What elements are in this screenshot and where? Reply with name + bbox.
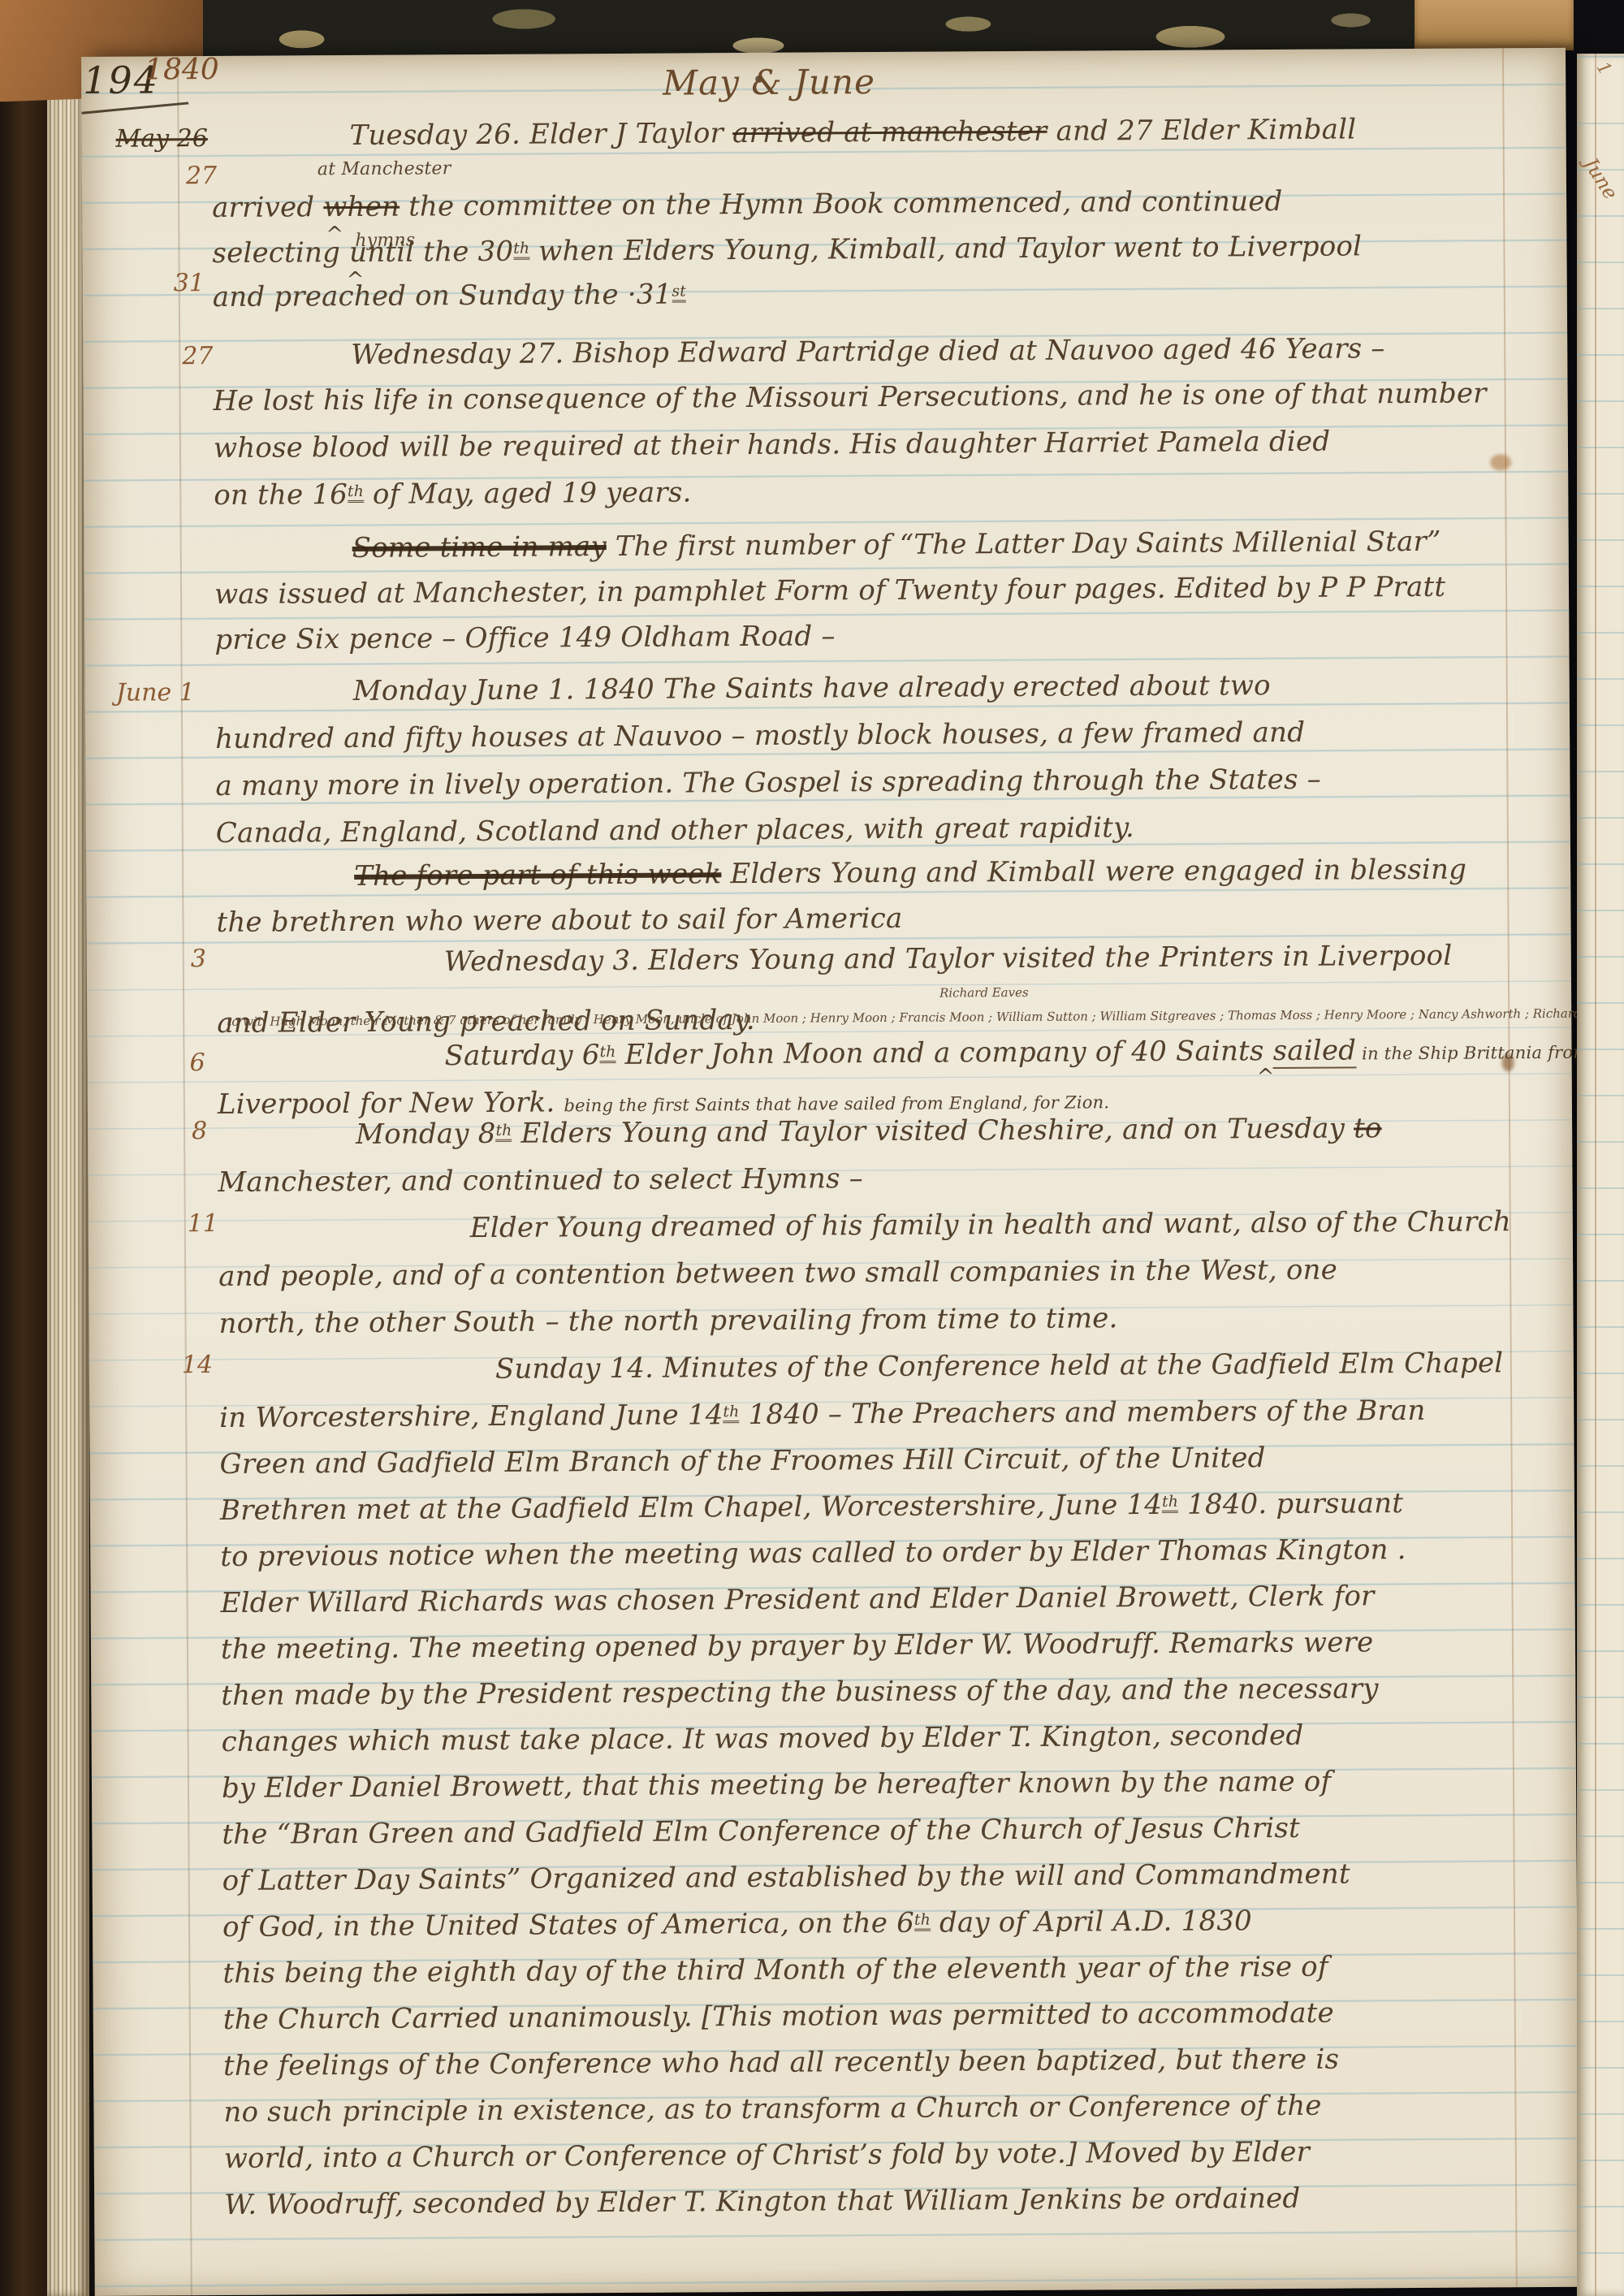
journal-line: Brethren met at the Gadfield Elm Chapel,… <box>220 1486 1403 1528</box>
line-segment: day of April A.D. 1830 <box>931 1905 1252 1939</box>
line-segment: when <box>323 191 400 224</box>
journal-page: 194 1840 May & June Tuesday 26. Elder J … <box>81 48 1579 2296</box>
journal-line: of God, in the United States of America,… <box>222 1904 1252 1944</box>
journal-line: The fore part of this week Elders Young … <box>354 853 1466 893</box>
journal-line: of Latter Day Saints” Organized and esta… <box>222 1857 1350 1897</box>
line-segment: Elder Willard Richards was chosen Presid… <box>221 1580 1375 1619</box>
line-segment: th <box>723 1403 739 1423</box>
line-segment: Monday June 1. 1840 The Saints have alre… <box>353 669 1271 707</box>
line-segment: selecting until the 30 <box>212 236 513 270</box>
journal-line: world, into a Church or Conference of Ch… <box>224 2135 1310 2176</box>
line-segment: a many more in lively operation. The Gos… <box>215 763 1321 802</box>
margin-date: 27 <box>186 162 217 190</box>
line-segment: 1840 – The Preachers and members of the … <box>739 1394 1425 1431</box>
line-segment: changes which must take place. It was mo… <box>222 1719 1304 1758</box>
margin-date: 27 <box>182 342 213 370</box>
line-segment: by Elder Daniel Browett, that this meeti… <box>222 1766 1332 1805</box>
journal-line: Monday June 1. 1840 The Saints have alre… <box>353 668 1271 708</box>
next-page-margin-rule <box>1595 54 1596 2296</box>
journal-line: Some time in may The first number of “Th… <box>352 525 1441 565</box>
leather-strip-top-right <box>1415 0 1574 50</box>
journal-line: the “Bran Green and Gadfield Elm Confere… <box>222 1811 1300 1852</box>
line-segment: Saturday 6 <box>444 1039 599 1072</box>
journal-line: Richard Eaves <box>939 985 1029 1001</box>
journal-line: by Elder Daniel Browett, that this meeti… <box>222 1765 1332 1805</box>
line-segment: th <box>495 1122 512 1141</box>
journal-line: Manchester, and continued to select Hymn… <box>218 1161 863 1200</box>
line-segment: He lost his life in consequence of the M… <box>213 377 1486 417</box>
line-segment: Green and Gadfield Elm Branch of the Fro… <box>219 1442 1265 1481</box>
manuscript-photo: { "page": { "number": "194", "year": "18… <box>0 0 1624 2296</box>
journal-line: Wednesday 27. Bishop Edward Partridge di… <box>351 331 1385 372</box>
page-title: May & June <box>663 62 875 103</box>
line-segment: was issued at Manchester, in pamphlet Fo… <box>214 571 1445 611</box>
line-segment: of Latter Day Saints” Organized and esta… <box>222 1857 1350 1896</box>
line-segment: Liverpool for New York. <box>218 1086 564 1121</box>
line-segment: when Elders Young, Kimball, and Taylor w… <box>529 230 1362 267</box>
line-segment: in the Ship Brittania from <box>1356 1042 1589 1064</box>
line-segment: th <box>599 1044 615 1063</box>
line-segment: to previous notice when the meeting was … <box>220 1533 1406 1573</box>
line-segment: the feelings of the Conference who had a… <box>223 2043 1339 2082</box>
journal-line: Canada, England, Scotland and other plac… <box>216 811 1134 850</box>
line-segment: Brethren met at the Gadfield Elm Chapel,… <box>220 1489 1162 1527</box>
line-segment: hundred and fifty houses at Nauvoo – mos… <box>215 716 1305 755</box>
line-segment: th <box>914 1911 931 1931</box>
next-page-edge: 1 June <box>1577 54 1624 2296</box>
line-segment: Richard Eaves <box>939 985 1029 1001</box>
journal-line: selecting until the 30th when Elders You… <box>212 229 1362 270</box>
year-heading: 1840 <box>145 53 219 87</box>
line-segment: no such principle in existence, as to tr… <box>223 2090 1321 2129</box>
journal-line: on the 16th of May, aged 19 years. <box>214 475 692 512</box>
line-segment: and 27 Elder Kimball <box>1047 113 1356 147</box>
journal-line: whose blood will be required at their ha… <box>214 425 1331 465</box>
line-segment: st <box>672 283 686 302</box>
insertion-caret: ^ <box>347 268 365 292</box>
line-segment: Elder Young dreamed of his family in hea… <box>470 1205 1511 1244</box>
journal-line: price Six pence – Office 149 Oldham Road… <box>214 619 835 657</box>
line-segment: and preached on Sunday the ·31 <box>213 279 672 313</box>
journal-line: the brethren who were about to sail for … <box>216 902 902 940</box>
margin-date: 8 <box>192 1117 207 1145</box>
margin-date: June 1 <box>116 678 195 707</box>
journal-line: no such principle in existence, as to tr… <box>223 2089 1321 2130</box>
line-segment: at Manchester <box>317 158 451 179</box>
journal-line: then made by the President respecting th… <box>221 1671 1379 1713</box>
foxing-stain <box>1490 454 1511 470</box>
journal-line: north, the other South – the north preva… <box>218 1301 1117 1341</box>
line-segment: Canada, England, Scotland and other plac… <box>216 811 1134 850</box>
insertion-caret: ^ <box>1257 1065 1275 1089</box>
line-segment: the “Bran Green and Gadfield Elm Confere… <box>222 1812 1300 1851</box>
journal-line: a many more in lively operation. The Gos… <box>215 763 1321 803</box>
line-segment: th <box>348 483 364 503</box>
journal-line: changes which must take place. It was mo… <box>222 1719 1304 1759</box>
margin-date: 3 <box>191 945 206 973</box>
journal-line: at Manchester <box>317 158 451 180</box>
journal-line: Sunday 14. Minutes of the Conference hel… <box>495 1346 1504 1386</box>
journal-line: Saturday 6th Elder John Moon and a compa… <box>444 1032 1589 1077</box>
journal-line: Elder Willard Richards was chosen Presid… <box>221 1579 1375 1620</box>
journal-line: Elder Young dreamed of his family in hea… <box>470 1204 1511 1245</box>
journal-line: and people, and of a contention between … <box>218 1253 1337 1294</box>
line-segment: and people, and of a contention between … <box>218 1254 1337 1293</box>
line-segment: Tuesday 26. Elder J Taylor <box>349 117 732 152</box>
line-segment: this being the eighth day of the third M… <box>222 1951 1328 1990</box>
line-segment: to <box>1354 1112 1382 1144</box>
line-segment: th <box>513 240 529 259</box>
line-segment: Sunday 14. Minutes of the Conference hel… <box>495 1347 1504 1386</box>
line-segment: Wednesday 3. Elders Young and Taylor vis… <box>444 940 1453 979</box>
margin-date: 6 <box>189 1049 205 1077</box>
line-segment: of May, aged 19 years. <box>364 476 692 510</box>
journal-line: Wednesday 3. Elders Young and Taylor vis… <box>444 939 1453 979</box>
line-segment: whose blood will be required at their ha… <box>214 426 1331 465</box>
next-page-ruled-lines <box>1577 54 1624 2296</box>
line-segment: arrived <box>212 191 323 224</box>
line-segment: Elders Young and Taylor visited Cheshire… <box>512 1112 1354 1149</box>
journal-line: W. Woodruff, seconded by Elder T. Kingto… <box>224 2181 1300 2222</box>
line-segment: north, the other South – the north preva… <box>218 1302 1117 1340</box>
book-spine <box>0 0 49 2296</box>
line-segment: price Six pence – Office 149 Oldham Road… <box>214 620 835 656</box>
line-segment: world, into a Church or Conference of Ch… <box>224 2136 1310 2175</box>
line-segment: Some time in may <box>352 530 607 564</box>
line-segment: on the 16 <box>214 478 348 512</box>
journal-line: Green and Gadfield Elm Branch of the Fro… <box>219 1441 1265 1481</box>
line-segment: Wednesday 27. Bishop Edward Partridge di… <box>351 332 1385 371</box>
margin-date: 11 <box>188 1209 218 1238</box>
line-segment: Elder John Moon and a company of 40 Sain… <box>615 1035 1272 1071</box>
line-segment: the Church Carried unanimously. [This mo… <box>223 1997 1334 2036</box>
line-segment: The first number of “The Latter Day Sain… <box>607 525 1441 563</box>
journal-line: the meeting. The meeting opened by praye… <box>221 1625 1374 1667</box>
line-segment: Monday 8 <box>356 1118 496 1151</box>
margin-date: 31 <box>174 269 205 297</box>
line-segment: arrived at manchester <box>732 115 1047 149</box>
line-segment: the brethren who were about to sail for … <box>216 902 902 939</box>
journal-line: Monday 8th Elders Young and Taylor visit… <box>356 1111 1382 1152</box>
journal-line: Tuesday 26. Elder J Taylor arrived at ma… <box>349 112 1356 153</box>
line-segment: of God, in the United States of America,… <box>222 1907 914 1944</box>
line-segment: being the first Saints that have sailed … <box>564 1092 1109 1115</box>
journal-line: this being the eighth day of the third M… <box>222 1950 1328 1991</box>
line-segment: the committee on the Hymn Book commenced… <box>400 185 1283 223</box>
line-segment: Elders Young and Kimball were engaged in… <box>721 854 1466 891</box>
margin-date: May 26 <box>116 124 208 153</box>
line-segment: The fore part of this week <box>354 858 721 893</box>
journal-line: the feelings of the Conference who had a… <box>223 2043 1339 2083</box>
line-segment: th <box>1162 1493 1178 1512</box>
journal-line: to previous notice when the meeting was … <box>220 1533 1406 1574</box>
line-segment: the meeting. The meeting opened by praye… <box>221 1626 1374 1666</box>
journal-line: and preached on Sunday the ·31st <box>213 277 686 314</box>
margin-date: 14 <box>182 1351 213 1379</box>
journal-line: hundred and fifty houses at Nauvoo – mos… <box>215 716 1305 756</box>
line-segment: then made by the President respecting th… <box>221 1672 1379 1712</box>
line-segment: in Worcestershire, England June 14 <box>219 1399 723 1434</box>
line-segment: Manchester, and continued to select Hymn… <box>218 1162 863 1199</box>
line-segment: sailed <box>1273 1034 1357 1069</box>
journal-line: arrived when the committee on the Hymn B… <box>212 184 1283 225</box>
line-segment: 1840. pursuant <box>1178 1487 1403 1521</box>
line-segment: W. Woodruff, seconded by Elder T. Kingto… <box>224 2182 1300 2221</box>
journal-line: the Church Carried unanimously. [This mo… <box>223 1996 1334 2037</box>
insertion-caret: ^ <box>326 223 343 247</box>
